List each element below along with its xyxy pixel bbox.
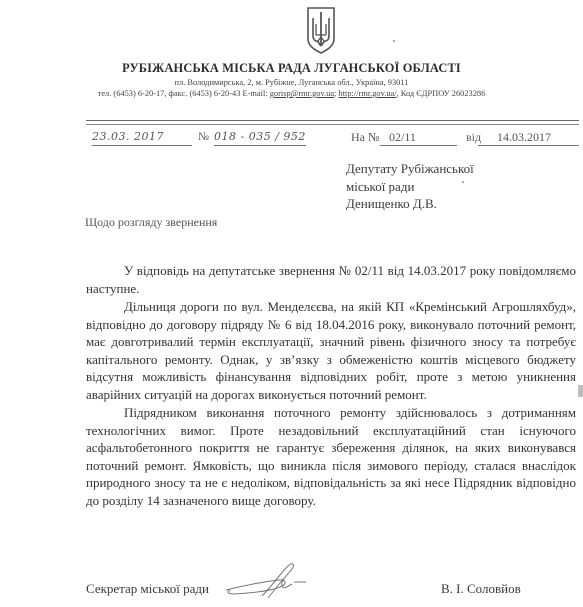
scan-speck xyxy=(393,40,395,42)
website-link[interactable]: http://rmr.gov.ua/ xyxy=(339,89,397,98)
edrpou-code: , Код ЄДРПОУ 26023286 xyxy=(397,89,486,98)
reference-number-label: На № xyxy=(351,129,379,145)
contacts-phone-fax: тел. (6453) 6-20-17, факс. (6453) 6-20-4… xyxy=(98,89,270,98)
handwritten-signature-icon xyxy=(222,560,314,602)
signatory-name: В. І. Соловйов xyxy=(441,581,521,597)
paragraph-3-text: Підрядником виконання поточного ремонту … xyxy=(86,405,576,508)
coat-of-arms-icon xyxy=(306,6,336,54)
paragraph-1-text: У відповідь на депутатське звернення № 0… xyxy=(86,263,576,296)
addressee-line-2: міської ради xyxy=(346,178,474,196)
organization-contacts: тел. (6453) 6-20-17, факс. (6453) 6-20-4… xyxy=(0,89,583,98)
addressee-block: Депутату Рубіжанської міської ради Денищ… xyxy=(346,160,474,213)
email-link[interactable]: gorisp@rmr.gov.ua xyxy=(270,89,334,98)
outgoing-date: 23.03. 2017 xyxy=(92,129,192,146)
signatory-title: Секретар міської ради xyxy=(86,581,209,597)
body-paragraph-1: У відповідь на депутатське звернення № 0… xyxy=(86,262,576,297)
outgoing-number: 018 - 035 / 952 xyxy=(214,129,306,146)
reference-date: 14.03.2017 xyxy=(497,130,551,144)
outgoing-number-label: № xyxy=(198,129,209,145)
body-paragraph-3: Підрядником виконання поточного ремонту … xyxy=(86,404,576,510)
organization-address: пл. Володимирська, 2, м. Рубіжне, Луганс… xyxy=(0,78,583,87)
subject-line: Щодо розгляду звернення xyxy=(85,215,217,230)
scan-speck xyxy=(462,181,464,183)
reference-number: 02/11 xyxy=(389,130,416,144)
reference-date-field: 14.03.2017 xyxy=(478,129,579,146)
letterhead-divider xyxy=(86,120,579,121)
body-paragraph-2: Дільниця дороги по вул. Менделєєва, на я… xyxy=(86,298,576,404)
addressee-line-1: Депутату Рубіжанської xyxy=(346,160,474,178)
scan-edge-mark xyxy=(578,385,583,397)
addressee-line-3: Денищенко Д.В. xyxy=(346,195,474,213)
paragraph-2-text: Дільниця дороги по вул. Менделєєва, на я… xyxy=(86,299,576,402)
reference-number-field: 02/11 xyxy=(380,129,457,146)
letterhead-divider-thin xyxy=(86,124,579,125)
organization-name: РУБІЖАНСЬКА МІСЬКА РАДА ЛУГАНСЬКОЇ ОБЛАС… xyxy=(0,61,583,76)
